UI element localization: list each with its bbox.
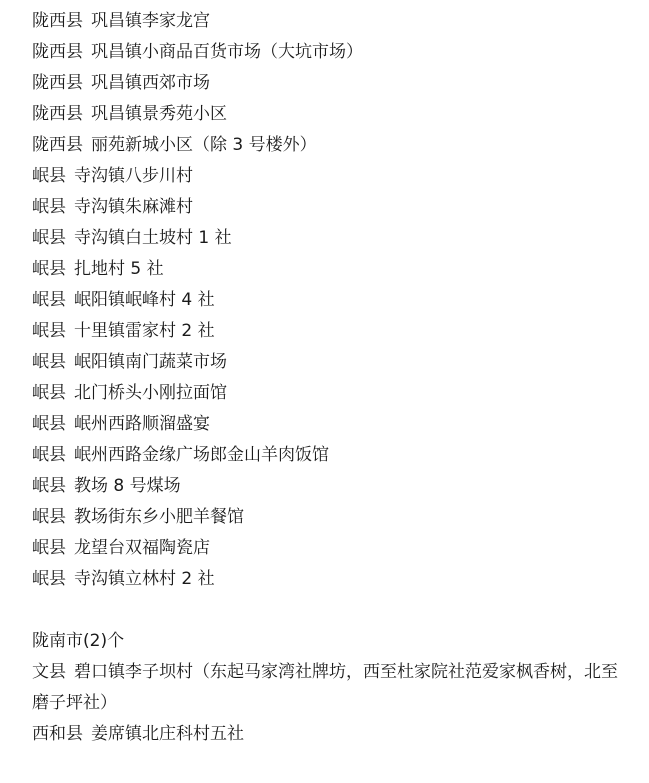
county-name: 岷县 [32, 507, 66, 527]
place-name: 巩昌镇景秀苑小区 [91, 104, 227, 124]
county-name: 岷县 [32, 538, 66, 558]
place-name: 寺沟镇立林村 2 社 [74, 569, 215, 589]
list-item: 岷县岷州西路金缘广场郎金山羊肉饭馆 [32, 440, 632, 471]
place-name: 丽苑新城小区（除 3 号楼外） [91, 135, 317, 155]
list-item: 岷县扎地村 5 社 [32, 254, 632, 285]
list-item: 岷县岷阳镇南门蔬菜市场 [32, 347, 632, 378]
place-name: 寺沟镇朱麻滩村 [74, 197, 193, 217]
county-name: 岷县 [32, 569, 66, 589]
county-name: 岷县 [32, 414, 66, 434]
place-name: 寺沟镇八步川村 [74, 166, 193, 186]
place-name: 碧口镇李子坝村（东起马家湾社牌坊，西至杜家院社范爱家枫香树，北至磨子坪社） [32, 662, 618, 713]
county-name: 西和县 [32, 724, 83, 744]
county-name: 陇西县 [32, 11, 83, 31]
county-name: 陇西县 [32, 73, 83, 93]
list-item: 陇西县巩昌镇西郊市场 [32, 68, 632, 99]
list-item: 岷县寺沟镇朱麻滩村 [32, 192, 632, 223]
place-name: 寺沟镇白土坡村 1 社 [74, 228, 232, 248]
place-name: 岷阳镇岷峰村 4 社 [74, 290, 215, 310]
document-body: 陇西县巩昌镇李家龙宫 陇西县巩昌镇小商品百货市场（大坑市场） 陇西县巩昌镇西郊市… [32, 6, 632, 750]
county-name: 岷县 [32, 445, 66, 465]
place-name: 姜席镇北庄科村五社 [91, 724, 244, 744]
county-name: 岷县 [32, 228, 66, 248]
county-name: 陇西县 [32, 42, 83, 62]
list-item: 陇西县巩昌镇小商品百货市场（大坑市场） [32, 37, 632, 68]
place-name: 教场街东乡小肥羊餐馆 [74, 507, 244, 527]
section-heading: 陇南市(2)个 [32, 626, 632, 657]
place-name: 岷州西路顺溜盛宴 [74, 414, 210, 434]
county-name: 岷县 [32, 352, 66, 372]
list-item: 陇西县巩昌镇李家龙宫 [32, 6, 632, 37]
list-item: 文县碧口镇李子坝村（东起马家湾社牌坊，西至杜家院社范爱家枫香树，北至磨子坪社） [32, 657, 632, 719]
place-name: 十里镇雷家村 2 社 [74, 321, 215, 341]
list-item: 陇西县巩昌镇景秀苑小区 [32, 99, 632, 130]
list-item: 陇西县丽苑新城小区（除 3 号楼外） [32, 130, 632, 161]
place-name: 教场 8 号煤场 [74, 476, 181, 496]
place-name: 巩昌镇李家龙宫 [91, 11, 210, 31]
list-item: 岷县北门桥头小刚拉面馆 [32, 378, 632, 409]
list-item: 岷县龙望台双福陶瓷店 [32, 533, 632, 564]
county-name: 岷县 [32, 383, 66, 403]
county-name: 岷县 [32, 259, 66, 279]
place-name: 巩昌镇西郊市场 [91, 73, 210, 93]
county-name: 岷县 [32, 166, 66, 186]
list-item: 岷县寺沟镇白土坡村 1 社 [32, 223, 632, 254]
place-name: 巩昌镇小商品百货市场（大坑市场） [91, 42, 363, 62]
county-name: 岷县 [32, 321, 66, 341]
list-item: 岷县岷阳镇岷峰村 4 社 [32, 285, 632, 316]
list-item: 岷县寺沟镇八步川村 [32, 161, 632, 192]
list-item: 岷县寺沟镇立林村 2 社 [32, 564, 632, 595]
list-item: 岷县岷州西路顺溜盛宴 [32, 409, 632, 440]
place-name: 扎地村 5 社 [74, 259, 164, 279]
place-name: 岷阳镇南门蔬菜市场 [74, 352, 227, 372]
place-name: 龙望台双福陶瓷店 [74, 538, 210, 558]
spacer [32, 595, 632, 626]
county-name: 岷县 [32, 197, 66, 217]
list-item: 岷县教场街东乡小肥羊餐馆 [32, 502, 632, 533]
county-name: 文县 [32, 662, 66, 682]
list-item: 岷县十里镇雷家村 2 社 [32, 316, 632, 347]
county-name: 岷县 [32, 290, 66, 310]
county-name: 陇西县 [32, 135, 83, 155]
county-name: 陇西县 [32, 104, 83, 124]
list-item: 西和县姜席镇北庄科村五社 [32, 719, 632, 750]
county-name: 岷县 [32, 476, 66, 496]
place-name: 北门桥头小刚拉面馆 [74, 383, 227, 403]
place-name: 岷州西路金缘广场郎金山羊肉饭馆 [74, 445, 329, 465]
list-item: 岷县教场 8 号煤场 [32, 471, 632, 502]
